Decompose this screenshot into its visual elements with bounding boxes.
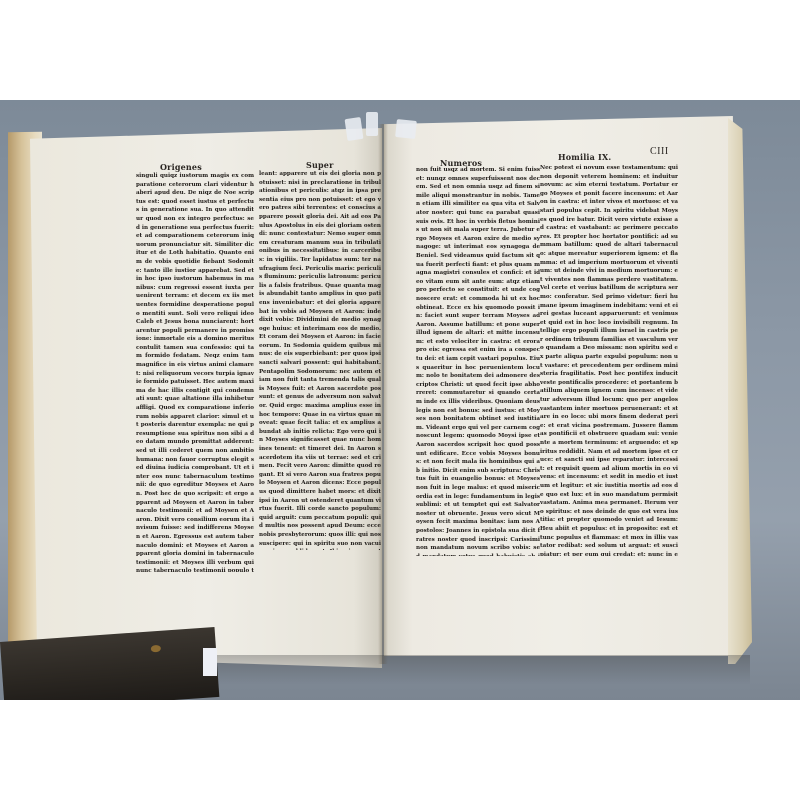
folio-number: CIII [650,146,669,157]
right-fore-edge [728,118,752,664]
text-column-right-1: non fuit usqz ad mortem. Si enim fuisset… [416,166,540,556]
text-column-right-2: Nec potest ei novum esse testamentum: qu… [540,164,678,556]
paper-slip [203,648,217,676]
paper-bookmark [395,119,417,139]
paper-bookmark [345,117,364,141]
paper-bookmark [366,112,378,136]
book-photograph: Origenes Super singuli quiqz iustorum ma… [0,100,800,700]
text-column-left-1: singuli quiqz iustorum magis ex comparat… [136,172,254,572]
text-column-left-2: leant: apparere ut eis dei gloria non po… [259,170,381,550]
gilt-stamp-icon [151,645,161,653]
running-head-super: Super [306,160,334,170]
running-head-origenes: Origenes [160,162,202,172]
running-head-homilia: Homilia IX. [558,152,611,162]
